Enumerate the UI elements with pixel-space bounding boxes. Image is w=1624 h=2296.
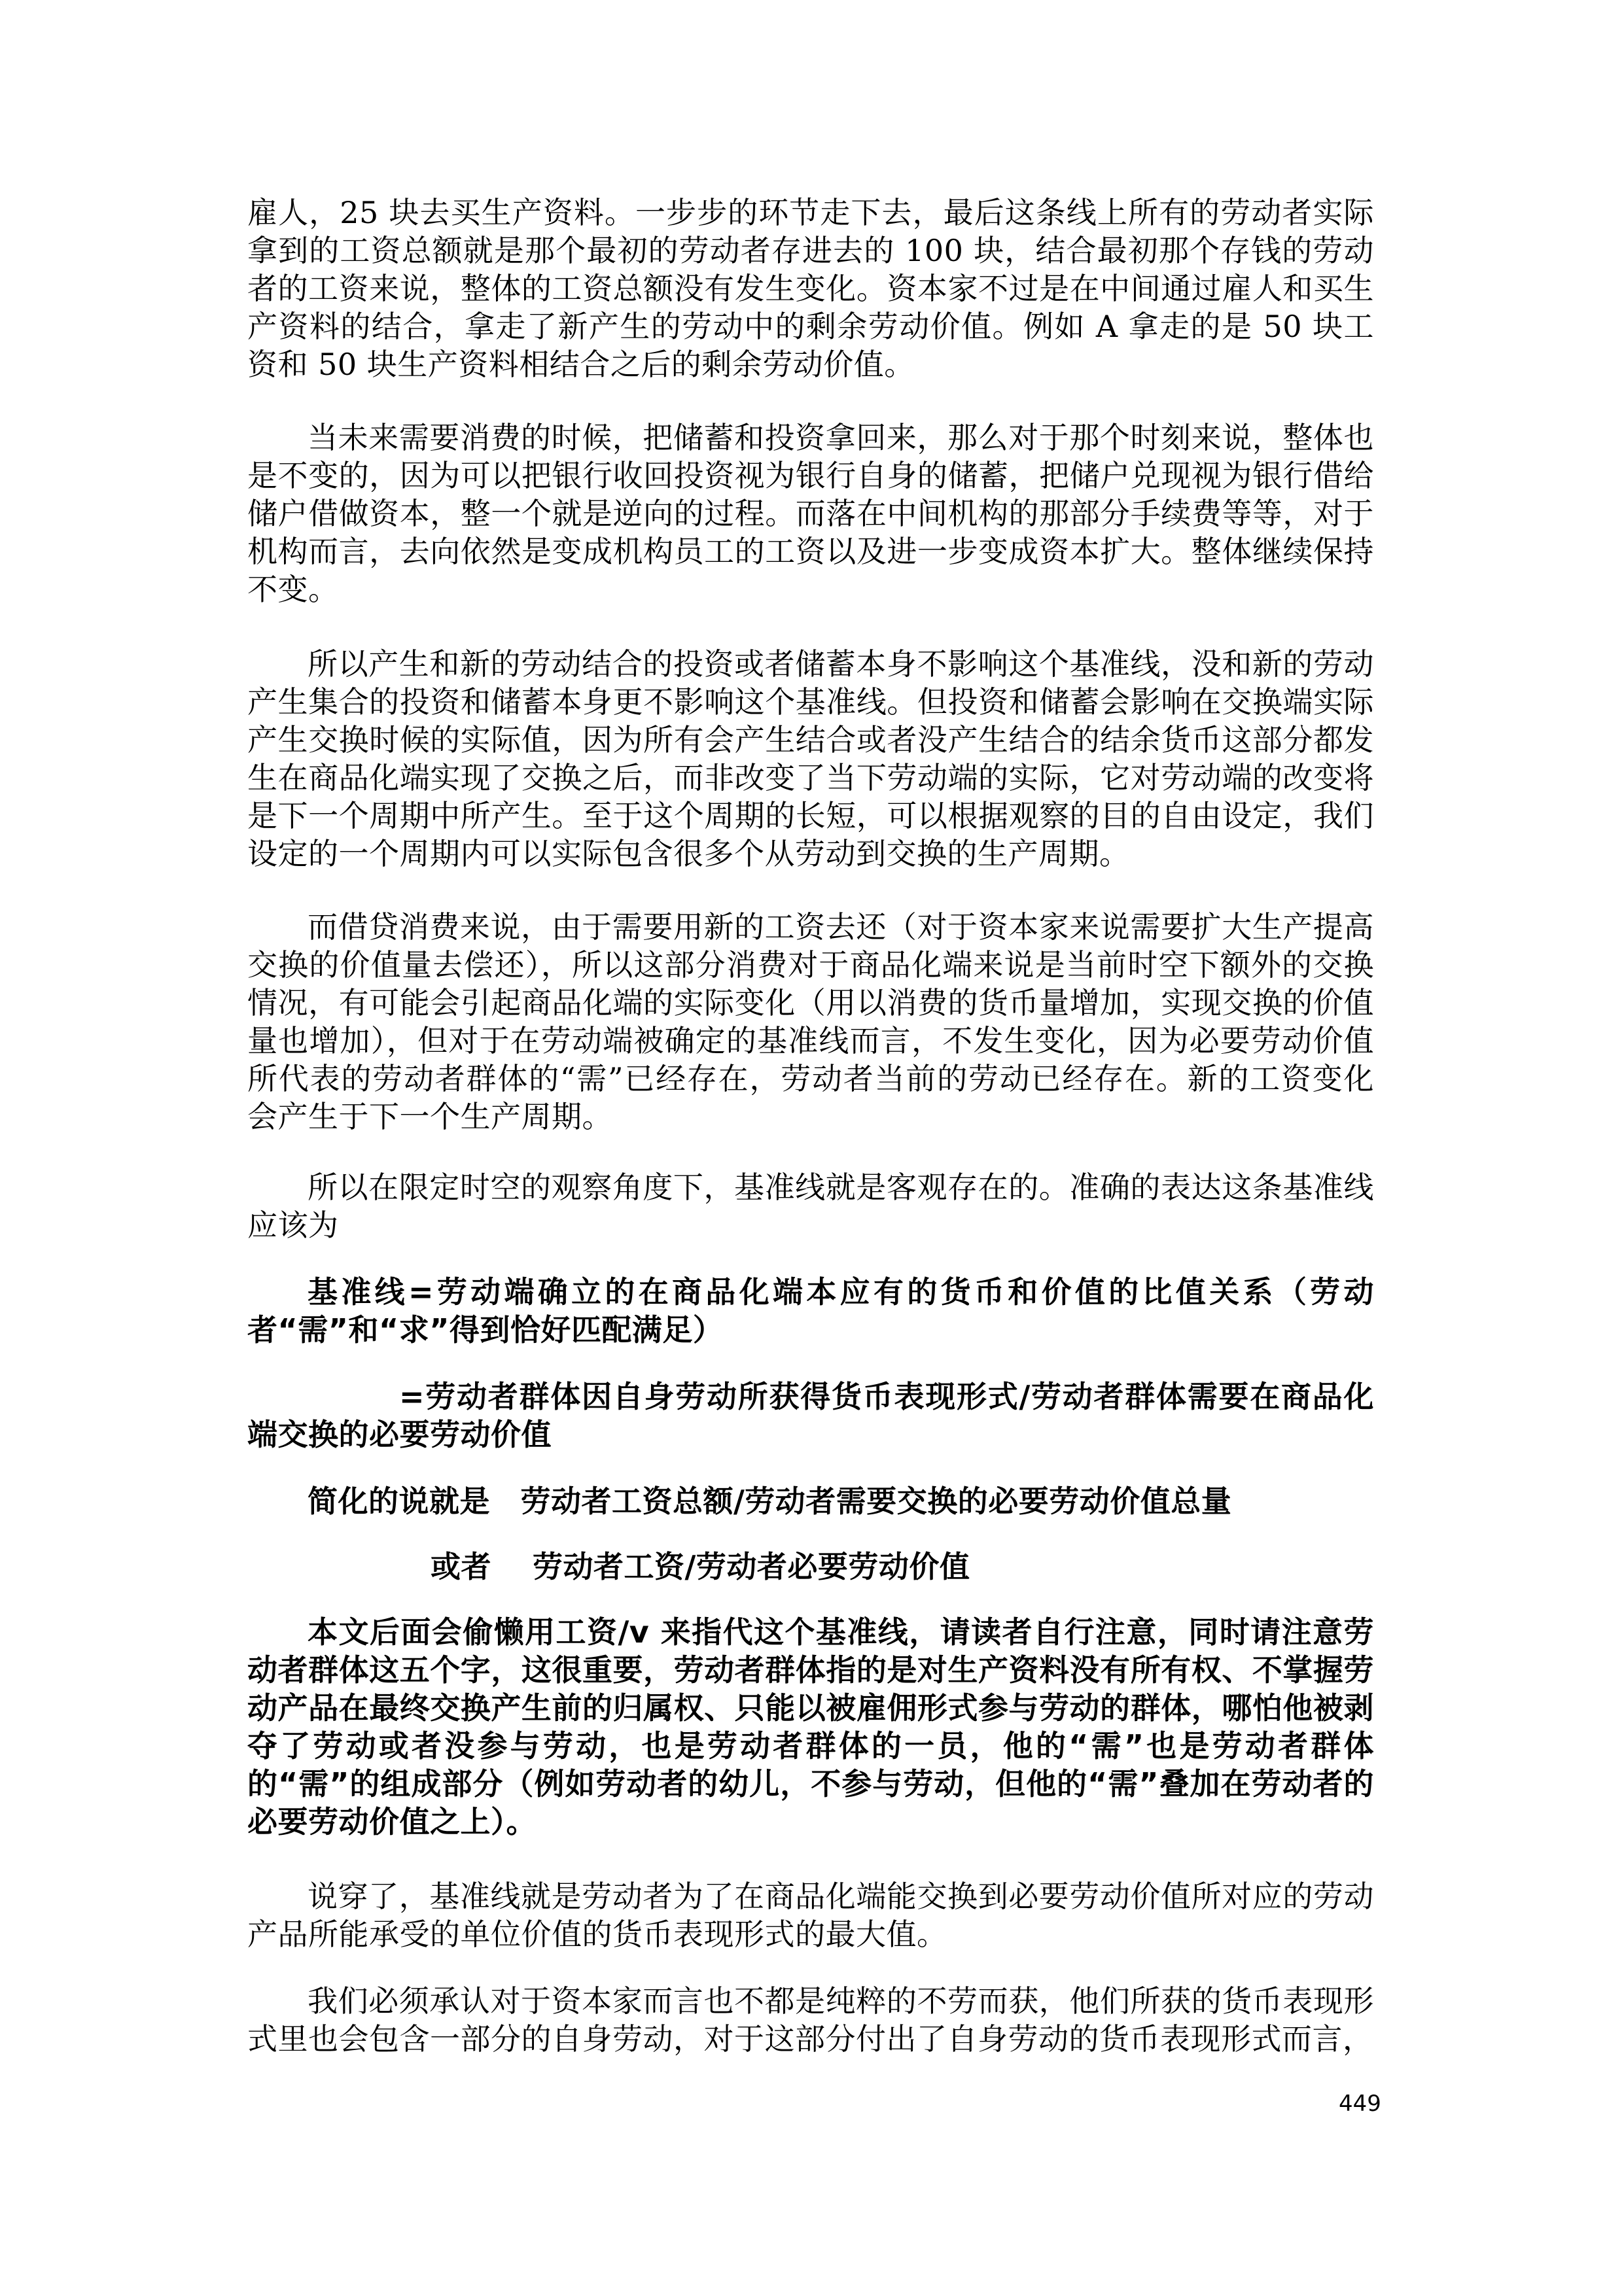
paragraph-wage-v-note: 本文后面会偷懒用工资/v 来指代这个基准线，请读者自行注意，同时请注意劳动者群体…	[247, 1613, 1374, 1841]
paragraph-capitalist-labor: 我们必须承认对于资本家而言也不都是纯粹的不劳而获，他们所获的货币表现形式里也会包…	[247, 1982, 1374, 2058]
paragraph-wages-chain: 雇人，25 块去买生产资料。一步步的环节走下去，最后这条线上所有的劳动者实际拿到…	[247, 194, 1374, 383]
paragraph-credit-consumption: 而借贷消费来说，由于需要用新的工资去还（对于资本家来说需要扩大生产提高交换的价值…	[247, 908, 1374, 1136]
page-number: 449	[1339, 2091, 1381, 2117]
paragraph-baseline-objective: 所以在限定时空的观察角度下，基准线就是客观存在的。准确的表达这条基准线应该为	[247, 1168, 1374, 1244]
formula-baseline-ratio: =劳动者群体因自身劳动所获得货币表现形式/劳动者群体需要在商品化端交换的必要劳动…	[247, 1378, 1374, 1453]
paragraph-savings-return: 当未来需要消费的时候，把储蓄和投资拿回来，那么对于那个时刻来说，整体也是不变的，…	[247, 419, 1374, 608]
document-page: 雇人，25 块去买生产资料。一步步的环节走下去，最后这条线上所有的劳动者实际拿到…	[0, 0, 1624, 2296]
formula-simplified: 简化的说就是 劳动者工资总额/劳动者需要交换的必要劳动价值总量	[247, 1482, 1374, 1520]
paragraph-investment-baseline: 所以产生和新的劳动结合的投资或者储蓄本身不影响这个基准线，没和新的劳动产生集合的…	[247, 645, 1374, 873]
formula-alternative: 或者 劳动者工资/劳动者必要劳动价值	[247, 1548, 1374, 1586]
paragraph-baseline-summary: 说穿了，基准线就是劳动者为了在商品化端能交换到必要劳动价值所对应的劳动产品所能承…	[247, 1877, 1374, 1953]
formula-baseline-definition: 基准线=劳动端确立的在商品化端本应有的货币和价值的比值关系（劳动者“需”和“求”…	[247, 1273, 1374, 1349]
